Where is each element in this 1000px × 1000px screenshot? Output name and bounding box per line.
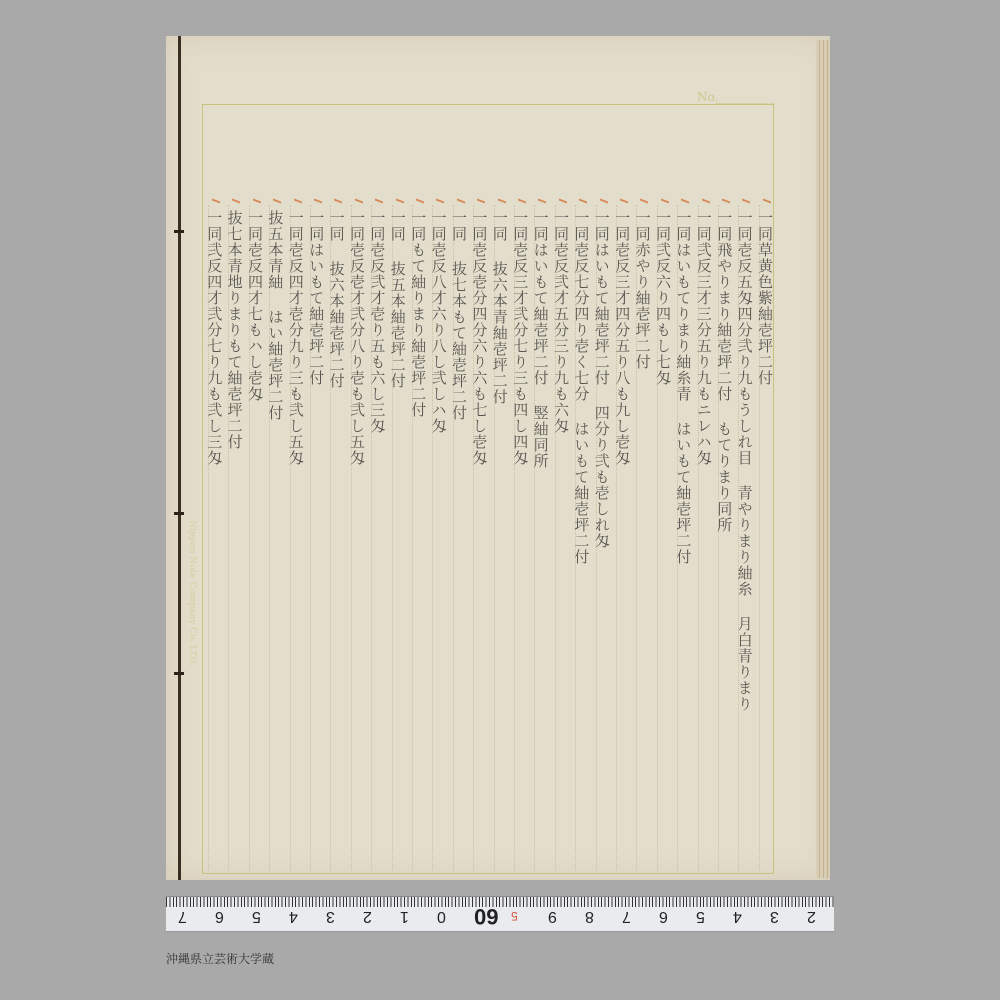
ruler-label: 6 bbox=[659, 907, 668, 925]
ledger-entry-column: 一同壱反七分四り壱く七分 はいもて紬壱坪二付 bbox=[571, 210, 591, 565]
ledger-entry-column: 一同 抜六本紬壱坪二付 bbox=[327, 210, 347, 389]
collection-credit: 沖縄県立芸術大学蔵 bbox=[166, 950, 274, 967]
ruler-label: 2 bbox=[363, 907, 372, 925]
ruler-label: 9 bbox=[548, 907, 557, 925]
ledger-entry-column: 一同壱反壱才弐分八り壱も弐し五匁 bbox=[347, 210, 367, 466]
ledger-entry-column: 一同壱反八才六り八し弐しハ匁 bbox=[429, 210, 449, 434]
book-binding bbox=[178, 36, 181, 880]
ruler-ticks bbox=[166, 897, 834, 907]
ledger-entry-column: 抜五本青紬 はい紬壱坪二付 bbox=[265, 210, 285, 421]
ruler-label: 8 bbox=[585, 907, 594, 925]
ledger-entry-column: 一同壱反弐才壱り五も六し三匁 bbox=[367, 210, 387, 434]
ledger-entry-column: 一同はいもて紬壱坪二付 竪紬同所 bbox=[531, 210, 551, 469]
ledger-entry-column: 一同壱反五匁四分弐り九もうしれ目 青やりまり紬糸 月白青りまり bbox=[735, 210, 755, 712]
ruler-label: 2 bbox=[807, 907, 816, 925]
ledger-entry-column: 一同壱反壱分四分六り六も七し壱匁 bbox=[469, 210, 489, 466]
ruler-label: 5 bbox=[511, 909, 518, 923]
ledger-entry-column: 一同はいもてりまり紬糸青 はいもて紬壱坪二付 bbox=[673, 210, 693, 565]
ledger-entry-column: 一同壱反四才七もハし壱匁 bbox=[245, 210, 265, 402]
ruler-label: 3 bbox=[770, 907, 779, 925]
page-number-label: No. bbox=[697, 90, 718, 104]
ruler-label: 7 bbox=[622, 907, 631, 925]
ledger-entry-column: 一同 抜七本もて紬壱坪二付 bbox=[449, 210, 469, 421]
ruler-label: 3 bbox=[326, 907, 335, 925]
ruler-label: 0 bbox=[437, 907, 446, 925]
ruler-label: 4 bbox=[733, 907, 742, 925]
ledger-entry-column: 一同 抜六本青紬壱坪二付 bbox=[490, 210, 510, 405]
ruler-label: 4 bbox=[289, 907, 298, 925]
binding-stitch bbox=[174, 512, 184, 515]
ruler-label: 5 bbox=[696, 907, 705, 925]
ledger-entry-column: 抜七本青地りまりもて紬壱坪二付 bbox=[225, 210, 245, 450]
ruler-label: 5 bbox=[252, 907, 261, 925]
ledger-entry-column: 一同赤やり紬壱坪二付 bbox=[633, 210, 653, 370]
ledger-entry-column: 一同飛やりまり紬壱坪二付 もてりまり同所 bbox=[714, 210, 734, 533]
ledger-entry-column: 一同草黄色紫紬壱坪二付 bbox=[755, 210, 775, 386]
binding-stitch bbox=[174, 672, 184, 675]
ledger-entry-column: 一同はいもて紬壱坪二付 bbox=[306, 210, 326, 386]
ledger-entry-column: 一同壱反三才弐分七り三も四し四匁 bbox=[510, 210, 530, 466]
binding-stitch bbox=[174, 230, 184, 233]
measuring-tape: 7654321060598765432 bbox=[166, 896, 834, 932]
ledger-entry-column: 一同もて紬りまり紬壱坪二付 bbox=[408, 210, 428, 418]
ruler-label: 7 bbox=[178, 907, 187, 925]
ruler-label: 6 bbox=[215, 907, 224, 925]
ledger-entry-column: 一同弐反三才三分五り九もニレハ匁 bbox=[694, 210, 714, 466]
ruler-label: 1 bbox=[400, 907, 409, 925]
page-stack-edge bbox=[816, 40, 830, 878]
ruler-label: 60 bbox=[474, 903, 498, 929]
ledger-entry-column: 一同弐反六り四もし七匁 bbox=[653, 210, 673, 386]
ledger-entry-column: 一同壱反四才壱分九り三も弐し五匁 bbox=[286, 210, 306, 466]
paper-imprint: Nippon Note Company Co. LTD. bbox=[187, 520, 197, 666]
ledger-entry-column: 一同弐反四才弐分七り九も弐し三匁 bbox=[204, 210, 224, 466]
ledger-entry-column: 一同壱反弐才五分三り九も六匁 bbox=[551, 210, 571, 434]
ledger-entry-column: 一同 抜五本紬壱坪二付 bbox=[388, 210, 408, 389]
ledger-entry-column: 一同はいもて紬壱坪二付 四分り弐も壱しれ匁 bbox=[592, 210, 612, 549]
ledger-entry-column: 一同壱反三才四分五り八も九し壱匁 bbox=[612, 210, 632, 466]
